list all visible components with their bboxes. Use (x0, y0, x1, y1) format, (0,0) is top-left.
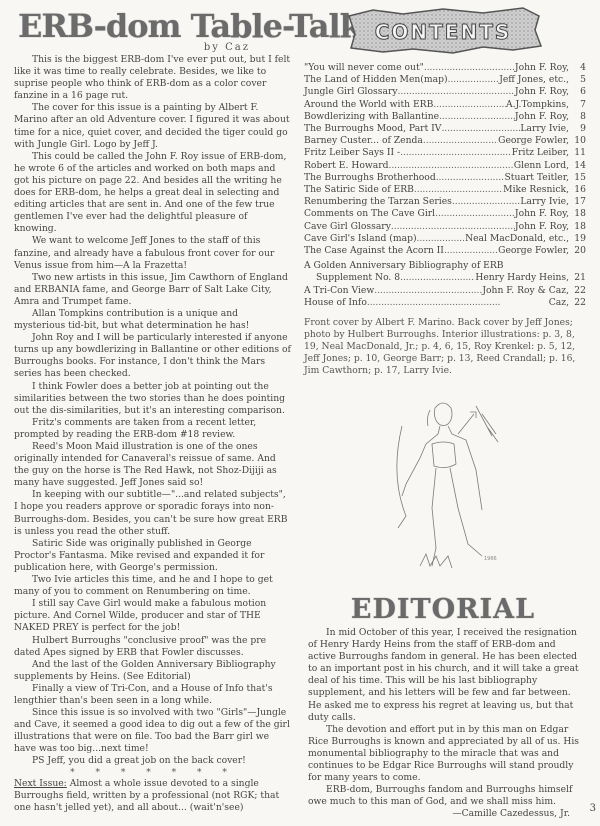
paragraph-text: Hulbert Burroughs "conclusive proof" was… (14, 635, 266, 658)
paragraph-text: Finally a view of Tri-Con, and a House o… (14, 683, 273, 706)
table-talk-paragraph: And the last of the Golden Anniversary B… (14, 659, 292, 683)
toc-leader-dots (367, 297, 549, 309)
toc-entry-page: 6 (572, 86, 586, 98)
paragraph-text: In keeping with our subtitle—"...and rel… (14, 489, 287, 536)
toc-entry-page: 22 (572, 285, 586, 297)
toc-entry-title: Robert E. Howard (304, 160, 388, 172)
table-talk-paragraph: PS Jeff, you did a great job on the back… (14, 755, 292, 767)
toc-entry-author: Mike Resnick, (503, 184, 569, 196)
paragraph-text: This could be called the John F. Roy iss… (14, 151, 286, 235)
paragraph-text: Reed's Moon Maid illustration is one of … (14, 441, 277, 488)
toc-entry: Around the World with ERBA.J.Tompkins,7 (304, 99, 586, 111)
table-talk-column: ERB-dom Table-Talk by Caz This is the bi… (14, 8, 292, 814)
toc-entry-author: Neal MacDonald, etc., (465, 233, 569, 245)
archer-woman-icon: 1966 (380, 396, 510, 586)
toc-entry-author: Jeff Jones, etc., (499, 74, 569, 86)
paragraph-text: Fritz's comments are taken from a recent… (14, 417, 256, 440)
toc-entry-page: 17 (572, 196, 586, 208)
toc-leader-dots (417, 233, 466, 245)
toc-entry: Robert E. HowardGlenn Lord,14 (304, 160, 586, 172)
toc-leader-dots (423, 135, 498, 147)
toc-leader-dots (433, 99, 506, 111)
toc-entry: The Satiric Side of ERBMike Resnick,16 (304, 184, 586, 196)
toc-leader-dots (398, 86, 515, 98)
toc-entry-page: 19 (572, 233, 586, 245)
paragraph-text: I think Fowler does a better job at poin… (14, 381, 285, 416)
toc-entry-title: The Burroughs Mood, Part IV (304, 123, 441, 135)
toc-leader-dots (448, 74, 500, 86)
table-talk-paragraph: Since this issue is so involved with two… (14, 707, 292, 755)
contents-column: CONTENTS "You will never come out"John F… (300, 6, 586, 378)
toc-entry: The Land of Hidden Men(map)Jeff Jones, e… (304, 74, 586, 86)
toc-leader-dots (391, 221, 515, 233)
toc-entry-author: George Fowler, (498, 245, 569, 257)
toc-entry-author: A.J.Tompkins, (506, 99, 569, 111)
paragraph-text: Two Ivie articles this time, and he and … (14, 574, 273, 597)
toc-entry: Comments on The Cave GirlJohn F. Roy,18 (304, 208, 586, 220)
editorial-paragraph: In mid October of this year, I received … (308, 627, 582, 724)
toc-leader-dots (388, 160, 513, 172)
toc-entry: Jungle Girl GlossaryJohn F. Roy,6 (304, 86, 586, 98)
toc-entry-title: Cave Girl Glossary (304, 221, 391, 233)
toc-entry-author: Caz, (549, 297, 569, 309)
toc-entry: House of InfoCaz,22 (304, 297, 586, 309)
editorial-paragraph: ERB-dom, Burroughs fandom and Burroughs … (308, 784, 582, 808)
paragraph-text: We want to welcome Jeff Jones to the sta… (14, 235, 274, 270)
paragraph-text: Two new artists in this issue, Jim Cawth… (14, 272, 288, 307)
page-number: 3 (590, 803, 596, 814)
toc-entry-title: Supplement No. 8 (316, 272, 400, 284)
toc-entry: Supplement No. 8Henry Hardy Heins,21 (304, 272, 586, 284)
toc-entry-author: John F. Roy, (515, 86, 569, 98)
toc-entry-author: Glenn Lord, (514, 160, 569, 172)
paragraph-text: The cover for this issue is a painting b… (14, 102, 290, 149)
toc-entry-author: George Fowler, (498, 135, 569, 147)
toc-entry-title: Renumbering the Tarzan Series (304, 196, 452, 208)
separator-stars: * * * * * * * (14, 768, 292, 778)
toc-entry-page: 8 (572, 111, 586, 123)
paragraph-text: I still say Cave Girl would make a fabul… (14, 598, 266, 633)
toc-entry-page: 10 (572, 135, 586, 147)
toc-entry-author: John F. Roy, (515, 221, 569, 233)
jungle-girl-illustration: 1966 (380, 396, 510, 586)
toc-entry: Cave Girl's Island (map)Neal MacDonald, … (304, 233, 586, 245)
toc-leader-dots (452, 196, 521, 208)
toc-entry-title: Around the World with ERB (304, 99, 433, 111)
toc-entry-title: Fritz Leiber Says II - (304, 147, 400, 159)
toc-entry-title: The Case Against the Acorn II (304, 245, 444, 257)
paragraph-text: This is the biggest ERB-dom I've ever pu… (14, 54, 290, 101)
toc-leader-dots (400, 272, 475, 284)
editorial-heading: EDITORIAL (300, 594, 586, 625)
contents-banner: CONTENTS (343, 6, 543, 56)
toc-entry-author: John F. Roy, (515, 62, 569, 74)
toc-leader-dots (436, 172, 505, 184)
table-talk-paragraph: John Roy and I will be particularly inte… (14, 332, 292, 380)
toc-entry-title: Comments on The Cave Girl (304, 208, 435, 220)
table-talk-paragraph: Allan Tompkins contribution is a unique … (14, 308, 292, 332)
toc-leader-dots (374, 285, 482, 297)
toc-entry-page: 16 (572, 184, 586, 196)
toc-entry: Fritz Leiber Says II -Fritz Leiber,11 (304, 147, 586, 159)
toc-entry-title: The Burroughs Brotherhood (304, 172, 436, 184)
toc-leader-dots (414, 184, 503, 196)
paragraph-text: In mid October of this year, I received … (308, 627, 579, 723)
toc-entry: A Tri-Con ViewJohn F. Roy & Caz,22 (304, 285, 586, 297)
toc-bibliography-heading: A Golden Anniversary Bibliography of ERB (304, 260, 586, 272)
toc-entry-title: "You will never come out" (304, 62, 424, 74)
toc-leader-dots (435, 208, 515, 220)
paragraph-text: Allan Tompkins contribution is a unique … (14, 308, 249, 331)
table-talk-paragraph: Hulbert Burroughs "conclusive proof" was… (14, 635, 292, 659)
toc-leader-dots (400, 147, 512, 159)
paragraph-text: ERB-dom, Burroughs fandom and Burroughs … (308, 784, 572, 807)
paragraph-text: Satiric Side was originally published in… (14, 538, 264, 573)
toc-entry: The Burroughs Mood, Part IVLarry Ivie,9 (304, 123, 586, 135)
toc-entry: Bowdlerizing with BallantineJohn F. Roy,… (304, 111, 586, 123)
table-talk-paragraph: I think Fowler does a better job at poin… (14, 381, 292, 417)
paragraph-text: And the last of the Golden Anniversary B… (14, 659, 276, 682)
toc-entry-title: Bowdlerizing with Ballantine (304, 111, 439, 123)
toc-entry-title: Jungle Girl Glossary (304, 86, 398, 98)
toc-entry-page: 15 (572, 172, 586, 184)
table-talk-paragraph: In keeping with our subtitle—"...and rel… (14, 489, 292, 537)
toc-entry-author: Fritz Leiber, (512, 147, 569, 159)
toc-entry-page: 7 (572, 99, 586, 111)
table-talk-paragraph: This is the biggest ERB-dom I've ever pu… (14, 54, 292, 102)
paragraph-text: Since this issue is so involved with two… (14, 707, 290, 754)
paragraph-text: PS Jeff, you did a great job on the back… (32, 755, 246, 766)
svg-text:CONTENTS: CONTENTS (375, 20, 512, 44)
toc-entry-page: 4 (572, 62, 586, 74)
next-issue-label: Next Issue: (14, 778, 67, 789)
masthead-title: ERB-dom Table-Talk (18, 8, 292, 44)
editorial-body: In mid October of this year, I received … (308, 627, 582, 821)
svg-text:1966: 1966 (484, 556, 497, 562)
toc-entry-title: The Land of Hidden Men(map) (304, 74, 448, 86)
toc-entry-page: 9 (572, 123, 586, 135)
toc-entry-title: House of Info (304, 297, 367, 309)
table-talk-paragraph: This could be called the John F. Roy iss… (14, 151, 292, 236)
table-talk-paragraph: Satiric Side was originally published in… (14, 538, 292, 574)
toc-entry-page: 18 (572, 221, 586, 233)
toc-entry: Cave Girl GlossaryJohn F. Roy,18 (304, 221, 586, 233)
toc-entry-page: 5 (572, 74, 586, 86)
table-talk-paragraph: Finally a view of Tri-Con, and a House o… (14, 683, 292, 707)
toc-entry-title: The Satiric Side of ERB (304, 184, 414, 196)
table-talk-paragraph: Reed's Moon Maid illustration is one of … (14, 441, 292, 489)
toc-entry-page: 14 (572, 160, 586, 172)
table-talk-paragraph: We want to welcome Jeff Jones to the sta… (14, 235, 292, 271)
illustration-credits: Front cover by Albert F. Marino. Back co… (304, 317, 586, 377)
toc-leader-dots (444, 245, 498, 257)
toc-entry-author: Stuart Teitler, (504, 172, 569, 184)
paragraph-text: The devotion and effort put in by this m… (308, 724, 579, 783)
toc-entry-author: Henry Hardy Heins, (475, 272, 569, 284)
toc-entry-title: Barney Custer... of Zenda (304, 135, 423, 147)
editorial-signature: —Camille Cazedessus, Jr. (308, 808, 582, 820)
toc-entry-author: John F. Roy & Caz, (482, 285, 569, 297)
table-talk-paragraph: Two new artists in this issue, Jim Cawth… (14, 272, 292, 308)
fanzine-page: ERB-dom Table-Talk by Caz This is the bi… (0, 0, 600, 826)
table-talk-paragraph: I still say Cave Girl would make a fabul… (14, 598, 292, 634)
toc-leader-dots (424, 62, 515, 74)
toc-entry-page: 21 (572, 272, 586, 284)
toc-entry-page: 22 (572, 297, 586, 309)
stone-banner-icon: CONTENTS (343, 6, 543, 56)
toc-entry: Barney Custer... of ZendaGeorge Fowler,1… (304, 135, 586, 147)
next-issue-paragraph: Next Issue: Almost a whole issue devoted… (14, 778, 292, 814)
toc-entry-author: Larry Ivie, (520, 123, 569, 135)
toc-entry-author: John F. Roy, (515, 208, 569, 220)
toc-entry: The Case Against the Acorn IIGeorge Fowl… (304, 245, 586, 257)
paragraph-text: John Roy and I will be particularly inte… (14, 332, 291, 379)
table-talk-paragraph: Fritz's comments are taken from a recent… (14, 417, 292, 441)
toc-leader-dots (439, 111, 515, 123)
toc-entry-page: 18 (572, 208, 586, 220)
toc-entry: Renumbering the Tarzan SeriesLarry Ivie,… (304, 196, 586, 208)
toc-entry: The Burroughs BrotherhoodStuart Teitler,… (304, 172, 586, 184)
toc-entry-page: 11 (572, 147, 586, 159)
toc-leader-dots (441, 123, 520, 135)
table-of-contents: "You will never come out"John F. Roy,4Th… (300, 62, 586, 309)
toc-entry: "You will never come out"John F. Roy,4 (304, 62, 586, 74)
toc-entry-page: 20 (572, 245, 586, 257)
table-talk-paragraph: The cover for this issue is a painting b… (14, 102, 292, 150)
toc-entry-author: Larry Ivie, (520, 196, 569, 208)
editorial-paragraph: The devotion and effort put in by this m… (308, 724, 582, 784)
toc-entry-author: John F. Roy, (515, 111, 569, 123)
table-talk-paragraph: Two Ivie articles this time, and he and … (14, 574, 292, 598)
toc-entry-title: A Tri-Con View (304, 285, 374, 297)
toc-entry-title: Cave Girl's Island (map) (304, 233, 417, 245)
table-talk-body: This is the biggest ERB-dom I've ever pu… (14, 54, 292, 768)
